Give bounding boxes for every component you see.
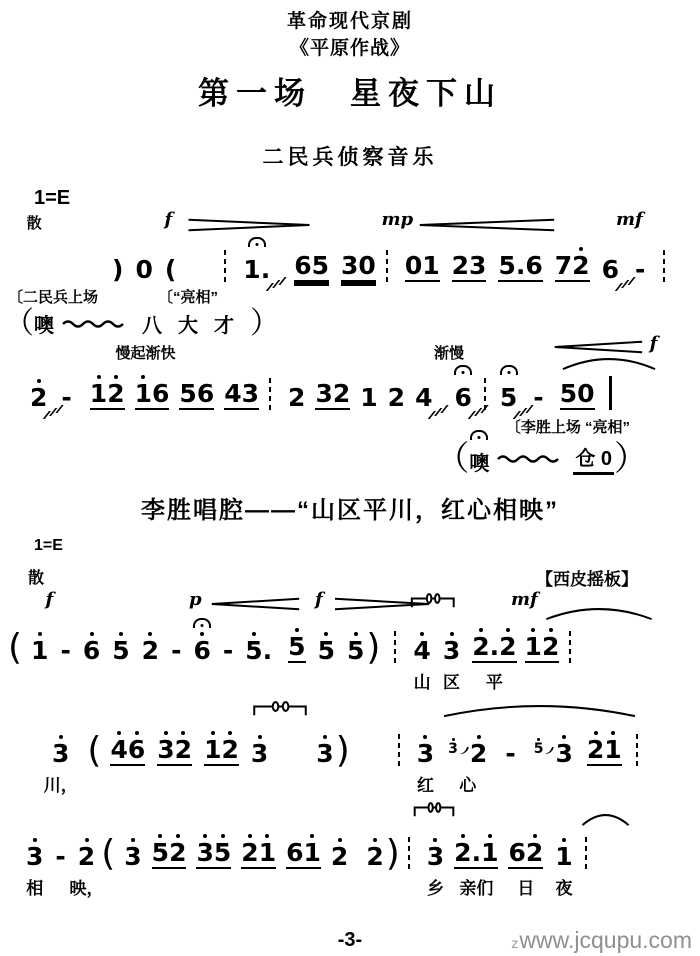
key-signature-1: 1=E: [34, 187, 700, 210]
lyric: 平: [486, 668, 503, 693]
note-token: 2: [366, 835, 383, 869]
barline: [609, 376, 612, 410]
circle-bracket-mark: [413, 804, 455, 818]
notation-row: 2-1216564323212465-50: [0, 372, 700, 410]
note-token: 3: [251, 732, 268, 766]
lyric: 乡: [427, 874, 444, 899]
barline-dashed: [394, 631, 396, 663]
annotation-layer: [0, 798, 700, 828]
hairpin-cresc: [417, 218, 557, 232]
note-token: 3: [316, 732, 333, 766]
notation-row: )0(1.653001235.6726-: [0, 244, 700, 282]
note-token: (: [8, 624, 22, 663]
note-token: 16: [135, 372, 170, 410]
note-token: 32: [157, 728, 192, 766]
note-token: 50: [560, 372, 595, 410]
hairpin-dim: [186, 218, 312, 232]
lyric: 相: [26, 874, 43, 899]
note-token: ): [336, 727, 350, 766]
note-token: 3区: [443, 629, 460, 663]
note-token: 0: [135, 248, 152, 282]
tremolo-mark-icon: [517, 407, 529, 415]
tremolo-mark-icon: [619, 279, 631, 287]
note-token: -: [60, 629, 70, 663]
scene-title: 第一场 星夜下山: [0, 68, 700, 113]
fermata-icon: [454, 365, 472, 375]
note-token: 4: [415, 376, 432, 410]
fermata-icon: [500, 365, 518, 375]
slur-arc: [438, 703, 641, 717]
annotation-layer: fpfmf: [0, 592, 700, 622]
note-token: 46: [110, 728, 145, 766]
note-token: 61: [286, 831, 321, 869]
dynamic-marking: mp: [382, 212, 414, 228]
paren-open: （: [435, 444, 469, 474]
note-token: -: [55, 835, 65, 869]
note-token: 6: [454, 376, 471, 410]
slur-arc: [581, 812, 630, 826]
slur-arc: [543, 606, 655, 620]
note-token: 23: [452, 244, 487, 282]
note-token: 5: [500, 376, 517, 410]
note-token: 12: [204, 728, 239, 766]
watermark-url: www.jcqupu.com: [519, 927, 692, 954]
note-token: 2: [142, 629, 159, 663]
stage-direction-enter: 〔二民兵上场: [8, 286, 98, 307]
note-token: 01: [405, 244, 440, 282]
note-token: 21: [587, 728, 622, 766]
annotation-layer: 散fmpmf: [0, 212, 700, 242]
note-token: 56: [179, 372, 214, 410]
fermata-icon: [248, 237, 266, 247]
fermata-icon: [193, 618, 211, 628]
key-signature-2: 1=E: [34, 537, 700, 555]
free-meter-label: 散: [28, 565, 44, 590]
notation-row: 3相-2映，(35235216122)3乡2.1亲们62日1夜: [0, 830, 700, 869]
lyric: 心: [459, 771, 476, 796]
stage-direction-block-2: 〔李胜上场 “亮相” （ 噢 仓 0 ）: [0, 416, 648, 476]
watermark-mark: z: [511, 935, 518, 951]
note-token: 5.: [245, 629, 272, 663]
percussion-syllable-fermata: 噢: [469, 441, 489, 476]
percussion-syllable: 噢: [469, 453, 489, 475]
music-system-4: 3川，(46321233)3红32心-5321: [0, 695, 700, 796]
note-token: 35: [196, 831, 231, 869]
note-token: 32心: [448, 732, 487, 766]
note-token: 1: [360, 376, 377, 410]
note-token: 3相: [26, 835, 43, 869]
note-token: 2: [331, 835, 348, 869]
dynamic-marking: f: [165, 212, 173, 228]
note-token: 2: [288, 376, 305, 410]
lyric: 区: [443, 668, 460, 693]
note-token: 4山: [413, 629, 430, 663]
watermark: z www.jcqupu.com: [511, 927, 692, 954]
note-token: 21: [241, 831, 276, 869]
barline-dashed: [386, 250, 388, 282]
note-token: ): [386, 830, 400, 869]
note-token: 32: [315, 372, 350, 410]
percussion-syllable: 噢: [34, 309, 54, 338]
note-token: (: [87, 727, 101, 766]
music-system-2: 慢起渐快渐慢f2-1216564323212465-50: [0, 340, 700, 410]
notation-row: 3川，(46321233)3红32心-5321: [0, 727, 700, 766]
paren-close: ）: [250, 310, 280, 338]
dynamic-marking: f: [650, 336, 658, 352]
meter-row: 散 【西皮摇板】: [0, 565, 700, 590]
note-token: -: [223, 629, 233, 663]
tremolo-mark-icon: [270, 279, 282, 287]
work-title: 《平原作战》: [0, 33, 700, 60]
lyric: 日: [517, 874, 534, 899]
note-token: 6: [193, 629, 210, 663]
note-token: 53: [534, 732, 573, 766]
dynamic-marking: f: [315, 592, 323, 608]
hairpin-cresc: [210, 597, 301, 611]
annotation-layer: [0, 695, 700, 725]
note-token: 65: [294, 244, 329, 282]
note-token: 52: [152, 831, 187, 869]
circle-bracket-mark: [252, 703, 308, 717]
note-token: 43: [224, 372, 259, 410]
lyric: 山: [414, 668, 431, 693]
music-system-3: fpfmf(1-652-6-5.555)4山3区2.2平12: [0, 592, 700, 693]
banshi-label: 【西皮摇板】: [536, 565, 638, 590]
note-token: 5: [112, 629, 129, 663]
note-token: 5: [288, 625, 305, 663]
percussion-line-1: （ 噢 八大才 ）: [4, 309, 700, 338]
genre-heading: 革命现代京剧: [0, 0, 700, 33]
barline-dashed: [224, 250, 226, 282]
note-token: 5: [347, 629, 364, 663]
barline-dashed: [484, 378, 486, 410]
note-token: 2: [388, 376, 405, 410]
note-token: -: [635, 248, 645, 282]
note-token: (: [165, 248, 176, 282]
note-token: 2.2平: [472, 625, 516, 663]
percussion-beat: 仓 0: [573, 442, 614, 475]
note-token: 2映，: [78, 835, 95, 869]
barline-dashed: [269, 378, 271, 410]
grace-note: 5: [534, 736, 554, 756]
aria-section-title: 李胜唱腔——“山区平川，红心相映”: [0, 490, 700, 525]
barline-dashed: [569, 631, 571, 663]
note-token: 3红: [417, 732, 434, 766]
barline-dashed: [585, 837, 587, 869]
lyric: 亲们: [459, 874, 493, 899]
note-token: 72: [555, 244, 590, 282]
note-token: 12: [525, 625, 560, 663]
note-token: 5: [318, 629, 335, 663]
lyric: 夜: [556, 874, 573, 899]
tremolo-mark-icon: [432, 407, 444, 415]
notation-row: (1-652-6-5.555)4山3区2.2平12: [0, 624, 700, 663]
paren-close: ）: [614, 444, 648, 474]
grace-note: 3: [448, 736, 468, 756]
stage-direction-row: 〔二民兵上场 〔“亮相”: [8, 286, 700, 307]
tremolo-mark-icon: [47, 407, 59, 415]
wave-line-icon: [62, 319, 124, 329]
slur-arc: [560, 356, 658, 370]
note-token: 6: [602, 248, 619, 282]
dynamic-marking: f: [46, 592, 54, 608]
note-token: 6: [83, 629, 100, 663]
note-token: 1夜: [555, 835, 572, 869]
dynamic-marking: p: [189, 592, 202, 608]
music-system-1: 散fmpmf)0(1.653001235.6726-: [0, 212, 700, 282]
lyric: 红: [417, 771, 434, 796]
note-token: ): [366, 624, 380, 663]
tempo-marking: 散: [27, 212, 42, 233]
note-token: (: [101, 830, 115, 869]
music-system-5: 3相-2映，(35235216122)3乡2.1亲们62日1夜: [0, 798, 700, 899]
lyric: 川，: [44, 771, 78, 796]
note-token: -: [533, 376, 543, 410]
note-token: 3乡: [427, 835, 444, 869]
tremolo-mark-icon: [472, 407, 484, 415]
fermata-icon: [470, 430, 488, 440]
section-title-reconnaissance: 二民兵侦察音乐: [0, 141, 700, 171]
note-token: -: [61, 376, 71, 410]
note-token: -: [505, 732, 515, 766]
note-token: 1.: [243, 248, 270, 282]
paren-open: （: [4, 310, 34, 338]
note-token: 3川，: [52, 732, 69, 766]
barline-dashed: [663, 250, 665, 282]
note-token: -: [171, 629, 181, 663]
note-token: 5.6: [498, 244, 542, 282]
score-page: 革命现代京剧 《平原作战》 第一场 星夜下山 二民兵侦察音乐 1=E 散fmpm…: [0, 0, 700, 956]
stage-direction-enter-2: 〔李胜上场 “亮相”: [0, 416, 630, 437]
wave-line-icon: [497, 454, 559, 464]
note-token: 12: [90, 372, 125, 410]
note-token: 62日: [508, 831, 543, 869]
dynamic-marking: mf: [511, 592, 538, 608]
barline-dashed: [398, 734, 400, 766]
tempo-marking: 慢起渐快: [116, 342, 176, 363]
note-token: ): [112, 248, 123, 282]
barline-dashed: [408, 837, 410, 869]
barline-dashed: [636, 734, 638, 766]
note-token: 2.1亲们: [454, 831, 498, 869]
percussion-line-2: （ 噢 仓 0 ）: [435, 441, 648, 476]
percussion-syllables: 八大才: [142, 309, 250, 338]
lyric: 映，: [70, 874, 104, 899]
note-token: 1: [31, 629, 48, 663]
note-token: 30: [341, 244, 376, 282]
tempo-marking: 渐慢: [434, 342, 464, 363]
hairpin-cresc: [553, 340, 644, 354]
stage-direction-pose: 〔“亮相”: [158, 286, 218, 307]
annotation-layer: 慢起渐快渐慢f: [0, 340, 700, 370]
dynamic-marking: mf: [616, 212, 643, 228]
note-token: 3: [124, 835, 141, 869]
circle-bracket-mark: [410, 595, 456, 609]
note-token: 2: [30, 376, 47, 410]
